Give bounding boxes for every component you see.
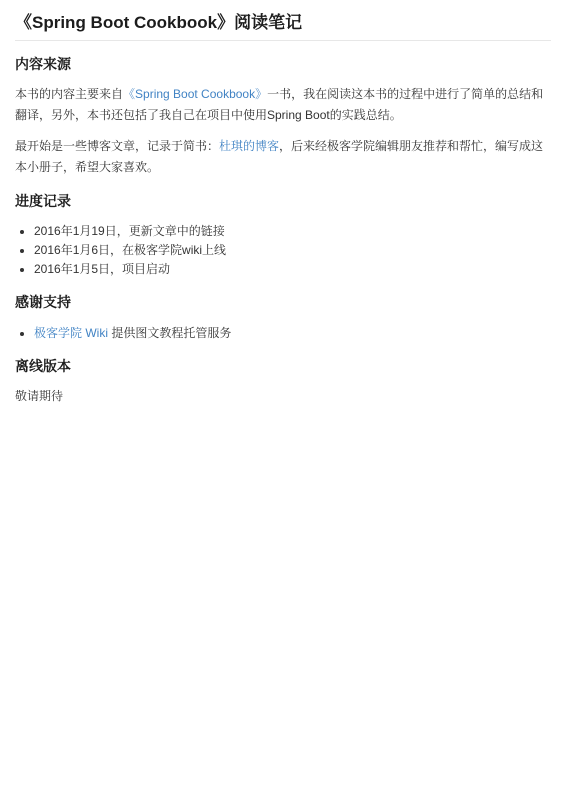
text-run: 提供图文教程托管服务	[108, 326, 231, 340]
link-jikexueyuan-wiki[interactable]: 极客学院 Wiki	[34, 326, 108, 340]
paragraph-offline: 敬请期待	[15, 386, 551, 407]
section-heading-thanks: 感谢支持	[15, 293, 551, 311]
section-heading-progress: 进度记录	[15, 192, 551, 210]
section-heading-offline: 离线版本	[15, 357, 551, 375]
text-run: 本书的内容主要来自	[15, 87, 123, 101]
paragraph-source-1: 本书的内容主要来自《Spring Boot Cookbook》一书，我在阅读这本…	[15, 84, 551, 126]
list-item: 2016年1月5日，项目启动	[34, 260, 551, 279]
list-item: 极客学院 Wiki 提供图文教程托管服务	[34, 324, 551, 343]
paragraph-source-2: 最开始是一些博客文章，记录于简书：杜琪的博客，后来经极客学院编辑朋友推荐和帮忙，…	[15, 136, 551, 178]
thanks-list: 极客学院 Wiki 提供图文教程托管服务	[15, 324, 551, 343]
document-page: 《Spring Boot Cookbook》阅读笔记 内容来源 本书的内容主要来…	[0, 0, 566, 429]
link-spring-boot-cookbook[interactable]: 《Spring Boot Cookbook》	[123, 87, 267, 101]
text-run: 最开始是一些博客文章，记录于简书：	[15, 139, 219, 153]
section-heading-source: 内容来源	[15, 55, 551, 73]
list-item: 2016年1月19日，更新文章中的链接	[34, 222, 551, 241]
link-duqi-blog[interactable]: 杜琪的博客	[219, 139, 279, 153]
progress-list: 2016年1月19日，更新文章中的链接 2016年1月6日，在极客学院wiki上…	[15, 222, 551, 279]
page-title: 《Spring Boot Cookbook》阅读笔记	[15, 12, 551, 41]
list-item: 2016年1月6日，在极客学院wiki上线	[34, 241, 551, 260]
